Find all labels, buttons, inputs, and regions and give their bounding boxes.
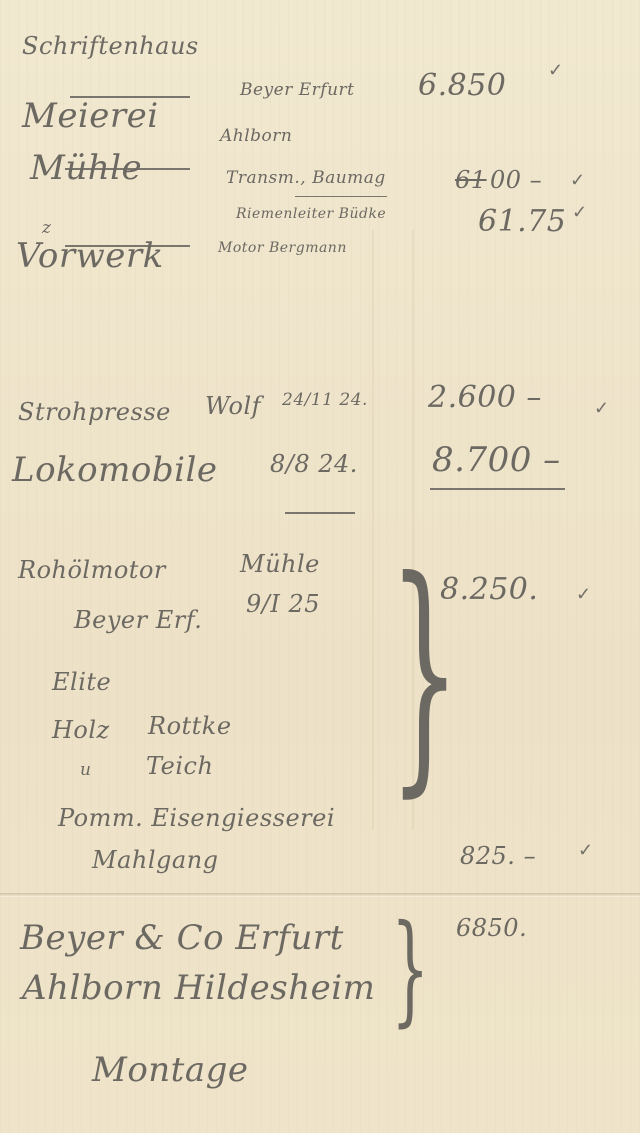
checkmark-icon: ✓ [570,170,585,191]
label-z: z [42,218,51,238]
underline [285,512,355,514]
entry-text: Motor Bergmann [218,240,347,256]
item-date: 9/I 25 [246,590,320,618]
item-label: Lokomobile [12,450,217,490]
item-amount: 825. – [460,842,536,870]
item-text: Mühle [240,550,320,578]
entry-amount: 61.75 [478,204,566,239]
checkmark-icon: ✓ [576,584,591,605]
entry-text: Beyer Erfurt [240,80,354,100]
heading-vorwerk: Vorwerk [16,236,164,276]
item-text: Pomm. Eisengiesserei [58,804,335,832]
entry-amount: 6.850 [418,68,506,103]
item-text: Ahlborn Hildesheim [22,968,375,1008]
group-amount: 6850. [456,914,527,942]
item-date: 24/11 24. [282,390,368,410]
item-text: Teich [146,752,213,780]
paper-fold [0,893,640,897]
item-text: Mahlgang [92,846,219,874]
entry-text: Riemenleiter Büdke [236,206,386,222]
item-text: u [80,760,91,780]
heading-muehle: Mühle [30,148,142,188]
item-text: Rottke [148,712,232,740]
checkmark-icon: ✓ [594,398,609,419]
item-date: 8/8 24. [270,450,358,478]
heading-meierei: Meierei [22,96,159,136]
underline [430,488,565,490]
entry-text: Ahlborn [220,126,292,146]
item-text: Montage [92,1050,249,1090]
curly-brace: } [391,910,429,1030]
bleed-through-line [372,230,374,830]
item-text: Beyer & Co Erfurt [20,918,344,958]
entry-amount: 00 – [490,166,542,194]
item-vendor: Wolf [205,392,261,420]
underline [295,196,387,197]
item-label: Rohölmotor [18,556,166,584]
checkmark-icon: ✓ [572,202,587,223]
item-text: Elite [52,668,111,696]
heading-schriftenhaus: Schriftenhaus [22,32,199,60]
group-amount: 8.250. [440,572,538,607]
item-text: Holz [52,716,110,744]
checkmark-icon: ✓ [548,60,563,81]
checkmark-icon: ✓ [578,840,593,861]
item-label: Strohpresse [18,398,171,426]
item-amount: 2.600 – [428,380,542,415]
struck-amount: 61 [455,166,487,194]
item-amount: 8.700 – [432,440,561,480]
item-text: Beyer Erf. [74,606,202,634]
entry-text: Transm., Baumag [226,168,386,188]
